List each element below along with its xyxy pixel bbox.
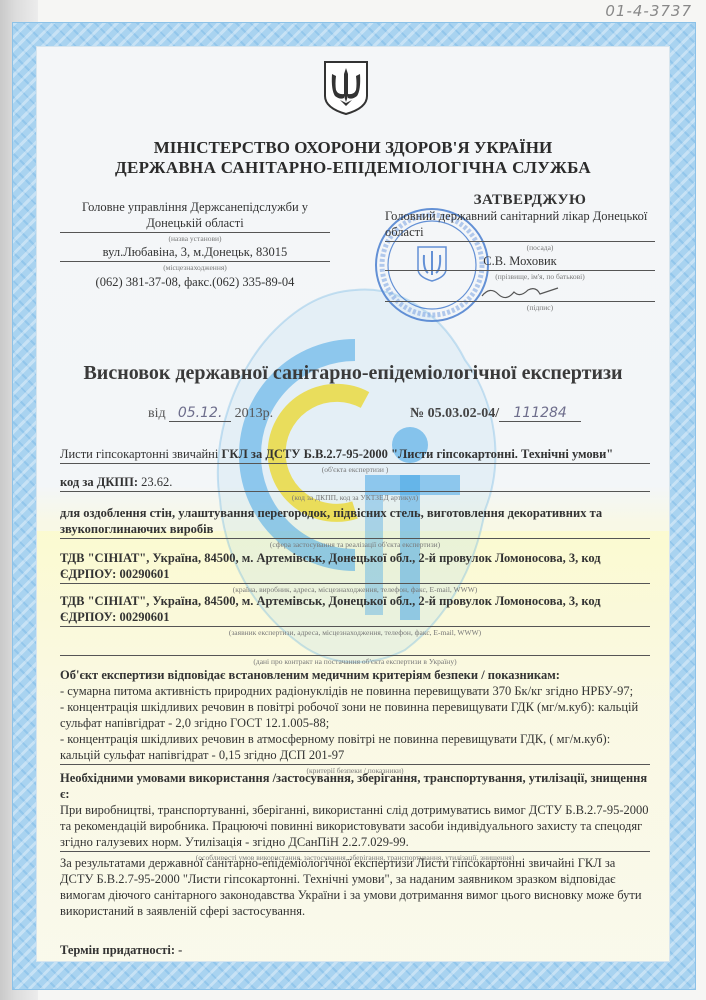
approval-position-caption: (посада) [385,242,655,253]
field-applicant: ТДВ "СІНІАТ", Україна, 84500, м. Артемів… [60,593,650,638]
applicant-text: ТДВ "СІНІАТ", Україна, 84500, м. Артемів… [60,593,650,627]
criteria-item-2: - концентрація шкідливих речовин в повіт… [60,699,650,731]
code-label: код за ДКПП: [60,475,141,489]
applicant-caption: (заявник експертизи, адреса, місцезнаход… [60,627,650,638]
date-prefix: від [148,406,166,421]
criteria-item-1: - сумарна питома активність природних ра… [60,683,650,699]
conditions-text: При виробництві, транспортуванні, зберіг… [60,802,650,850]
approval-position-line1: Головний державний санітарний лікар Доне… [385,209,655,224]
contract-caption: (дані про контракт на постачання об'єкта… [60,656,650,667]
institution-address: вул.Любавіна, 3, м.Донецьк, 83015 [60,244,330,262]
document-date: від 05.12. 2013р. [148,405,273,422]
field-expertise-object: Листи гіпсокартонні звичайні ГКЛ за ДСТУ… [60,446,650,475]
date-handwritten: 05.12. [169,405,231,422]
object-standard: ГКЛ за ДСТУ Б.В.2.7-95-2000 "Листи гіпсо… [221,447,613,461]
institution-name-line1: Головне управління Держсанепідслужби у [60,200,330,215]
number-prefix: № 05.03.02-04/ [410,406,499,421]
approval-name-caption: (прізвище, ім'я, по батькові) [385,271,655,282]
handwritten-reference-number: 01-4-3737 [605,2,692,20]
criteria-item-3: - концентрація шкідливих речовин в атмос… [60,731,650,763]
conclusion-paragraph: За результатами державної санітарно-епід… [60,855,650,919]
manufacturer-text: ТДВ "СІНІАТ", Україна, 84500, м. Артемів… [60,550,650,584]
document-number: № 05.03.02-04/111284 [410,405,581,422]
document-title: Висновок державної санітарно-епідеміолог… [0,362,706,385]
field-safety-criteria: Об'єкт експертизи відповідає встановлени… [60,667,650,776]
field-dkpp-code: код за ДКПП: 23.62. (код за ДКПП, код за… [60,474,650,503]
sphere-caption: (сфера застосування та реалізації об'єкт… [60,539,650,550]
approval-block: ЗАТВЕРДЖУЮ Головний державний санітарний… [385,192,655,313]
field-contract: (дані про контракт на постачання об'єкта… [60,640,650,667]
criteria-heading: Об'єкт експертизи відповідає встановлени… [60,667,650,683]
sphere-text: для оздоблення стін, улаштування перегор… [60,505,650,539]
field-manufacturer: ТДВ "СІНІАТ", Україна, 84500, м. Артемів… [60,550,650,595]
ukraine-trident-emblem-icon [323,60,369,116]
approval-heading: ЗАТВЕРДЖУЮ [405,192,655,209]
service-name: ДЕРЖАВНА САНІТАРНО-ЕПІДЕМІОЛОГІЧНА СЛУЖБ… [0,158,706,178]
signature-line [385,282,655,302]
institution-name-caption: (назва установи) [60,233,330,244]
institution-block: Головне управління Держсанепідслужби у Д… [60,200,330,291]
code-caption: (код за ДКПП, код за УКТЗЕД артикул) [60,492,650,503]
code-value: 23.62. [141,475,172,489]
institution-address-caption: (місцезнаходження) [60,262,330,273]
approval-name: С.В. Моховик [385,253,655,271]
object-name: Листи гіпсокартонні звичайні [60,447,221,461]
signature-caption: (підпис) [385,302,655,313]
date-year: 2013р. [235,406,274,421]
institution-phone: (062) 381-37-08, факс.(062) 335-89-04 [60,273,330,291]
conditions-heading: Необхідними умовами використання /застос… [60,770,650,802]
number-handwritten: 111284 [499,405,581,422]
field-application-sphere: для оздоблення стін, улаштування перегор… [60,505,650,550]
field-usage-conditions: Необхідними умовами використання /застос… [60,770,650,863]
contract-blank-line [60,640,650,656]
signature-icon [480,284,560,302]
ministry-name: МІНІСТЕРСТВО ОХОРОНИ ЗДОРОВ'Я УКРАЇНИ [0,138,706,158]
approval-position-line2: області [385,224,655,242]
institution-name-line2: Донецькій області [60,215,330,233]
expiry-term: Термін придатності: - [60,943,650,958]
